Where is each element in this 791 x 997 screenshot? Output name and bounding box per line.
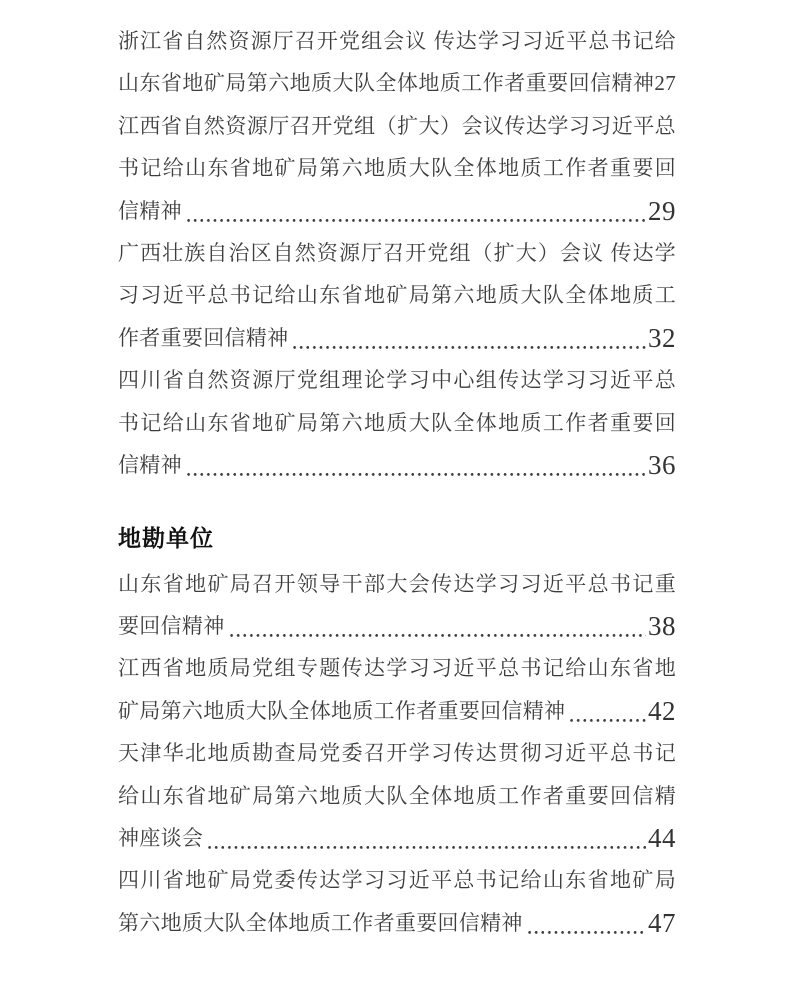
toc-entry-end: 信精神 29 [118, 190, 676, 232]
toc-line-text: 信精神 [118, 444, 182, 486]
dot-leader [187, 472, 646, 477]
toc-line: 天津华北地质勘查局党委召开学习传达贯彻习近平总书记 [118, 732, 676, 774]
page-number: 32 [648, 317, 676, 359]
dot-leader [528, 930, 646, 935]
toc-line: 山东省地矿局召开领导干部大会传达学习习近平总书记重 [118, 563, 676, 605]
toc-entry-end: 作者重要回信精神 32 [118, 317, 676, 359]
toc-line: 浙江省自然资源厅召开党组会议 传达学习习近平总书记给 [118, 20, 676, 62]
toc-line-text: 要回信精神 [118, 605, 225, 647]
toc-line: 书记给山东省地矿局第六地质大队全体地质工作者重要回 [118, 147, 676, 189]
toc-entry-end: 神座谈会 44 [118, 817, 676, 859]
dot-leader [187, 218, 646, 223]
section-header: 地勘单位 [118, 517, 676, 559]
toc-line: 四川省自然资源厅党组理论学习中心组传达学习习近平总 [118, 359, 676, 401]
document-page: 浙江省自然资源厅召开党组会议 传达学习习近平总书记给 山东省地矿局第六地质大队全… [0, 0, 791, 997]
dot-leader [293, 345, 646, 350]
dot-leader [208, 845, 646, 850]
toc-line-text: 神座谈会 [118, 817, 203, 859]
toc-line: 给山东省地矿局第六地质大队全体地质工作者重要回信精 [118, 775, 676, 817]
toc-content: 浙江省自然资源厅召开党组会议 传达学习习近平总书记给 山东省地矿局第六地质大队全… [118, 20, 676, 944]
page-number: 44 [648, 817, 676, 859]
dot-leader [230, 633, 647, 638]
toc-line-text: 作者重要回信精神 [118, 317, 288, 359]
toc-entry-end: 矿局第六地质大队全体地质工作者重要回信精神 42 [118, 690, 676, 732]
toc-entry-end: 第六地质大队全体地质工作者重要回信精神 47 [118, 902, 676, 944]
toc-line: 江西省自然资源厅召开党组（扩大）会议传达学习习近平总 [118, 105, 676, 147]
toc-entry-end: 信精神 36 [118, 444, 676, 486]
toc-line: 习习近平总书记给山东省地矿局第六地质大队全体地质工 [118, 274, 676, 316]
dot-leader [570, 718, 646, 723]
toc-line-text: 矿局第六地质大队全体地质工作者重要回信精神 [118, 690, 565, 732]
page-number: 47 [648, 902, 676, 944]
toc-entry-end: 要回信精神 38 [118, 605, 676, 647]
toc-line: 书记给山东省地矿局第六地质大队全体地质工作者重要回 [118, 402, 676, 444]
toc-line: 四川省地矿局党委传达学习习近平总书记给山东省地矿局 [118, 859, 676, 901]
toc-line-text: 第六地质大队全体地质工作者重要回信精神 [118, 902, 523, 944]
toc-line: 广西壮族自治区自然资源厅召开党组（扩大）会议 传达学 [118, 232, 676, 274]
page-number: 38 [648, 605, 676, 647]
toc-line: 山东省地矿局第六地质大队全体地质工作者重要回信精神27 [118, 62, 676, 104]
toc-line: 江西省地质局党组专题传达学习习近平总书记给山东省地 [118, 647, 676, 689]
page-number: 42 [648, 690, 676, 732]
toc-line-text: 信精神 [118, 190, 182, 232]
page-number: 29 [648, 190, 676, 232]
page-number: 36 [648, 444, 676, 486]
